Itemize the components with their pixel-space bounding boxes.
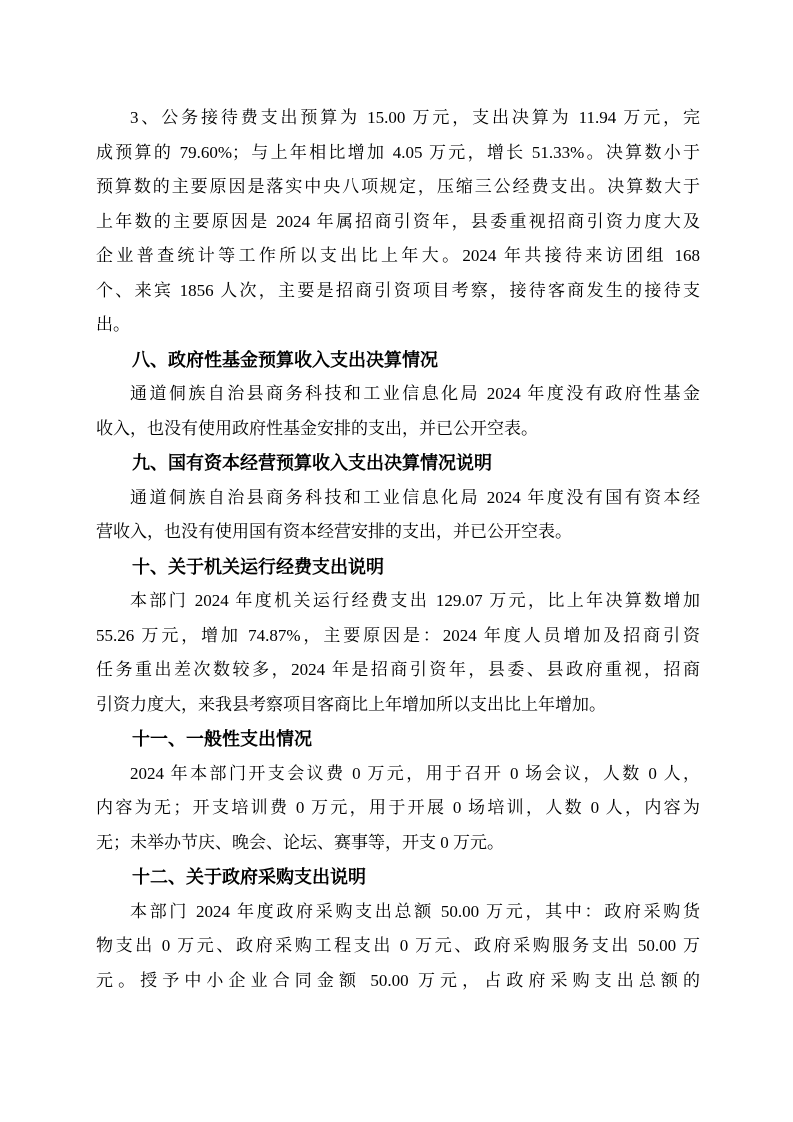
paragraph-line: 收入，也没有使用政府性基金安排的支出，并已公开空表。 — [96, 412, 700, 447]
paragraph-line: 个、来宾 1856 人次，主要是招商引资项目考察，接待客商发生的接待支 — [96, 274, 700, 309]
paragraph-line: 上年数的主要原因是 2024 年属招商引资年，县委重视招商引资力度大及 — [96, 205, 700, 240]
paragraph-line: 营收入，也没有使用国有资本经营安排的支出，并已公开空表。 — [96, 515, 700, 550]
document-page: 3、公务接待费支出预算为 15.00 万元，支出决算为 11.94 万元，完成预… — [0, 0, 793, 1122]
section-heading: 十一、一般性支出情况 — [96, 722, 700, 757]
paragraph-line: 预算数的主要原因是落实中央八项规定，压缩三公经费支出。决算数大于 — [96, 170, 700, 205]
paragraph-line: 内容为无；开支培训费 0 万元，用于开展 0 场培训，人数 0 人，内容为 — [96, 791, 700, 826]
paragraph-line: 物支出 0 万元、政府采购工程支出 0 万元、政府采购服务支出 50.00 万 — [96, 929, 700, 964]
section-heading: 九、国有资本经营预算收入支出决算情况说明 — [96, 446, 700, 481]
paragraph-line: 引资力度大，来我县考察项目客商比上年增加所以支出比上年增加。 — [96, 688, 700, 723]
document-body: 3、公务接待费支出预算为 15.00 万元，支出决算为 11.94 万元，完成预… — [96, 101, 700, 998]
paragraph-line: 3、公务接待费支出预算为 15.00 万元，支出决算为 11.94 万元，完 — [96, 101, 700, 136]
paragraph-line: 元。授予中小企业合同金额 50.00 万元，占政府采购支出总额的 — [96, 964, 700, 999]
section-heading: 八、政府性基金预算收入支出决算情况 — [96, 343, 700, 378]
paragraph-line: 通道侗族自治县商务科技和工业信息化局 2024 年度没有国有资本经 — [96, 481, 700, 516]
paragraph-line: 企业普查统计等工作所以支出比上年大。2024 年共接待来访团组 168 — [96, 239, 700, 274]
paragraph-line: 本部门 2024 年度机关运行经费支出 129.07 万元，比上年决算数增加 — [96, 584, 700, 619]
paragraph-line: 任务重出差次数较多，2024 年是招商引资年，县委、县政府重视，招商 — [96, 653, 700, 688]
paragraph-line: 成预算的 79.60%；与上年相比增加 4.05 万元，增长 51.33%。决算… — [96, 136, 700, 171]
paragraph-line: 本部门 2024 年度政府采购支出总额 50.00 万元，其中：政府采购货 — [96, 895, 700, 930]
paragraph-line: 通道侗族自治县商务科技和工业信息化局 2024 年度没有政府性基金 — [96, 377, 700, 412]
paragraph-line: 出。 — [96, 308, 700, 343]
paragraph-line: 55.26 万元，增加 74.87%，主要原因是：2024 年度人员增加及招商引… — [96, 619, 700, 654]
section-heading: 十、关于机关运行经费支出说明 — [96, 550, 700, 585]
paragraph-line: 无；未举办节庆、晚会、论坛、赛事等，开支 0 万元。 — [96, 826, 700, 861]
section-heading: 十二、关于政府采购支出说明 — [96, 860, 700, 895]
paragraph-line: 2024 年本部门开支会议费 0 万元，用于召开 0 场会议，人数 0 人， — [96, 757, 700, 792]
